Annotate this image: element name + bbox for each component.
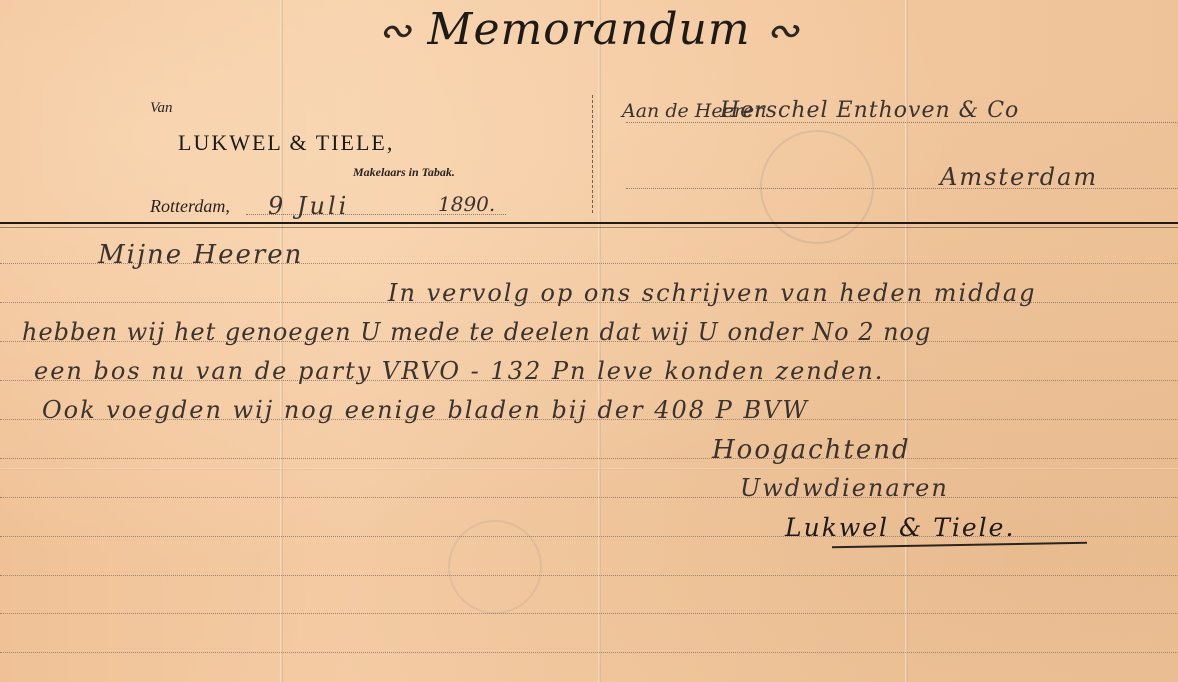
sender-label: Van (150, 100, 173, 117)
header-rule-secondary (0, 227, 1178, 228)
recipient-name: Herschel Enthoven & Co (720, 98, 1019, 123)
ruled-line (0, 652, 1178, 653)
date-year: 1890. (438, 192, 495, 216)
signature-underline (832, 542, 1087, 548)
salutation: Mijne Heeren (98, 240, 303, 270)
signature: Lukwel & Tiele. (785, 513, 1015, 542)
body-line: hebben wij het genoegen U mede te deelen… (22, 318, 931, 346)
ruled-line (0, 458, 1178, 459)
faded-postmark (448, 520, 542, 614)
flourish-left-icon: ∾ (378, 8, 413, 54)
page-title: ∾ Memorandum ∾ (0, 4, 1178, 55)
title-text: Memorandum (427, 4, 750, 55)
closing-servants: Uwdwdienaren (740, 474, 949, 502)
body-line: een bos nu van de party VRVO - 132 Pn le… (34, 357, 884, 385)
date-handwritten: 9 Juli (268, 192, 349, 220)
header-rule (0, 222, 1178, 224)
ruled-line (0, 575, 1178, 576)
sender-place: Rotterdam, (150, 196, 230, 217)
ruled-line (0, 613, 1178, 614)
memorandum-page: ∾ Memorandum ∾ Van LUKWEL & TIELE, Makel… (0, 0, 1178, 682)
body-line: Ook voegden wij nog eenige bladen bij de… (42, 396, 809, 424)
sender-subtitle: Makelaars in Tabak. (353, 165, 455, 180)
sender-firm-name: LUKWEL & TIELE, (178, 130, 394, 156)
header-divider (592, 95, 593, 213)
ruled-line (0, 497, 1178, 498)
closing: Hoogachtend (712, 435, 911, 465)
recipient-city: Amsterdam (940, 163, 1098, 191)
fold-line (0, 468, 1178, 470)
body-line: In vervolg op ons schrijven van heden mi… (388, 279, 1037, 307)
flourish-right-icon: ∾ (766, 8, 801, 54)
